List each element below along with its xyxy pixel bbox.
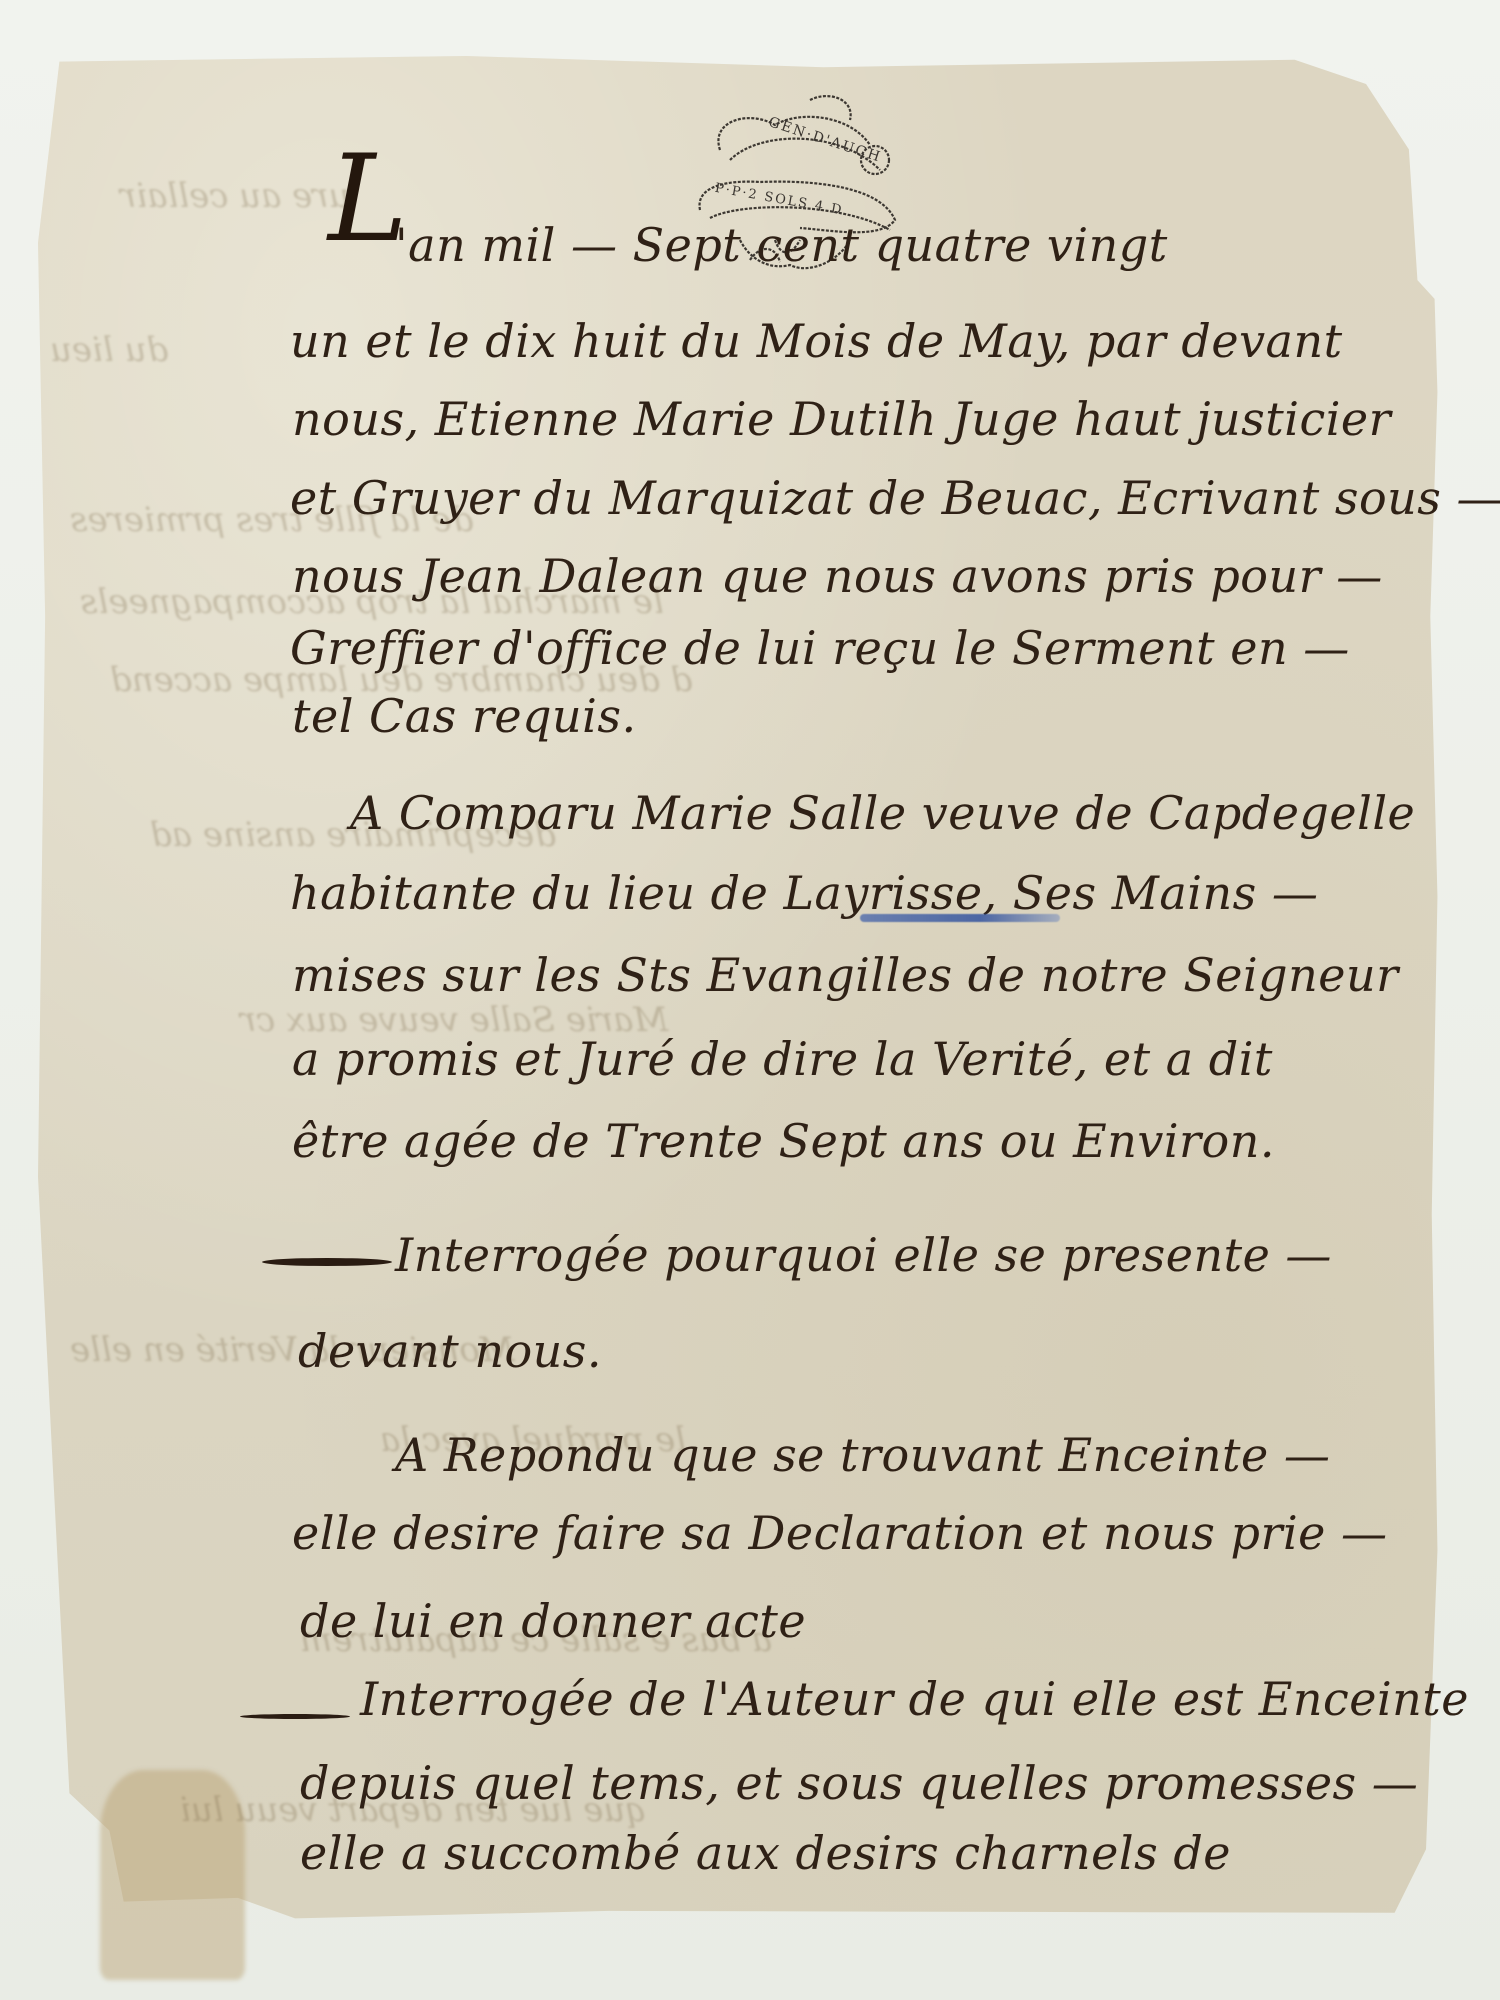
blue-pencil-underline [860,914,1060,922]
manuscript-line: 'an mil — Sept cent quatre vingt [395,222,1168,268]
manuscript-line: a promis et Juré de dire la Verité, et a… [292,1036,1273,1082]
manuscript-line: devant nous. [298,1328,602,1374]
manuscript-line: Greffier d'office de lui reçu le Serment… [290,625,1350,671]
manuscript-line: elle desire faire sa Declaration et nous… [292,1510,1388,1556]
pen-flourish [240,1714,350,1719]
manuscript-line: un et le dix huit du Mois de May, par de… [290,318,1343,364]
manuscript-line: nous, Etienne Marie Dutilh Juge haut jus… [292,396,1391,442]
bleed-through-text: ure au cellair [120,176,350,216]
manuscript-line: et Gruyer du Marquizat de Beuac, Ecrivan… [290,475,1500,521]
manuscript-line: Interrogée pourquoi elle se presente — [395,1232,1332,1278]
manuscript-line: A Repondu que se trouvant Enceinte — [395,1432,1330,1478]
manuscript-line: tel Cas requis. [292,693,637,739]
manuscript-line: A Comparu Marie Salle veuve de Capdegell… [350,790,1415,836]
manuscript-line: mises sur les Sts Evangilles de notre Se… [292,952,1399,998]
manuscript-line: elle a succombé aux desirs charnels de [300,1830,1231,1876]
manuscript-line: de lui en donner acte [300,1598,806,1644]
manuscript-line: depuis quel tems, et sous quelles promes… [300,1760,1418,1806]
manuscript-line: nous Jean Dalean que nous avons pris pou… [292,553,1383,599]
manuscript-line: être agée de Trente Sept ans ou Environ. [292,1118,1275,1164]
bleed-through-text: du lieu [50,330,168,370]
manuscript-line: habitante du lieu de Layrisse, Ses Mains… [290,870,1318,916]
pen-flourish [262,1258,392,1266]
manuscript-line: Interrogée de l'Auteur de qui elle est E… [360,1676,1469,1722]
